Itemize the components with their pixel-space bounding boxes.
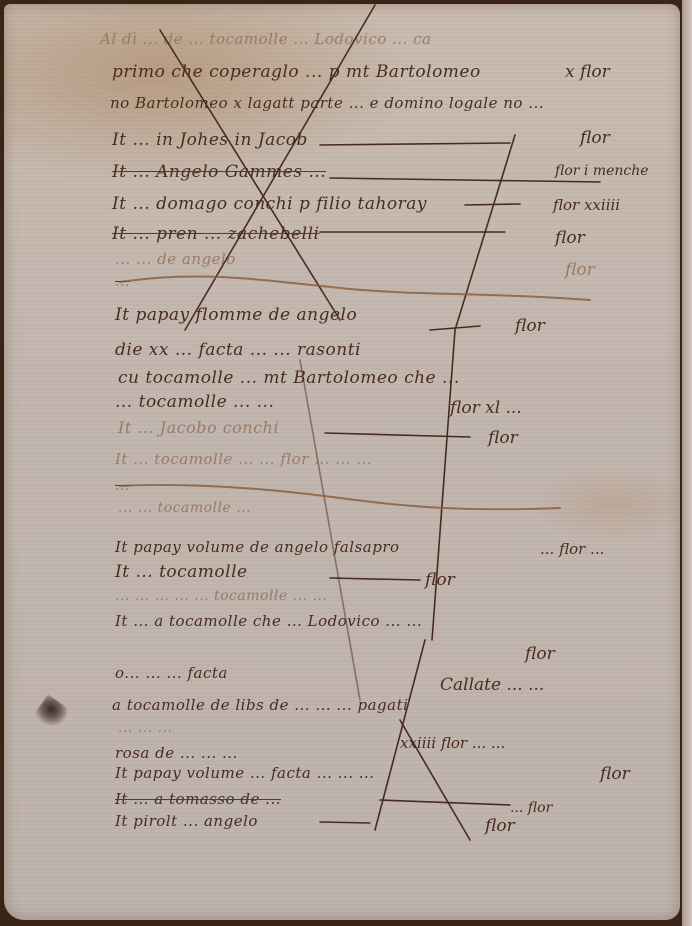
cancellation-strokes: [0, 0, 692, 926]
